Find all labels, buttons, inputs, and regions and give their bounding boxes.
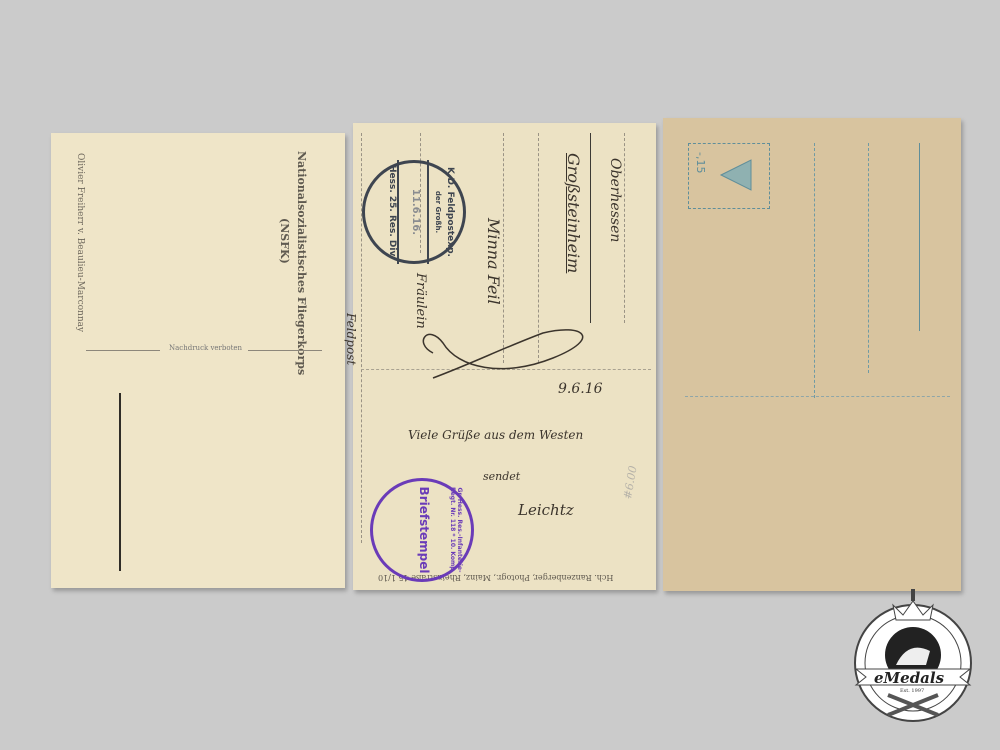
dotted-rule xyxy=(624,133,625,323)
dotted-rule xyxy=(361,133,362,543)
message-line2: sendet xyxy=(483,470,520,483)
feldpost-postmark: K.D. Feldpostexp. der Großh. 11.6.16. He… xyxy=(362,160,466,264)
stamp-box: -,15 xyxy=(688,143,770,209)
dotted-rule xyxy=(814,143,815,398)
address-line-4: Großsteinheim xyxy=(564,153,583,273)
divider-right xyxy=(248,350,322,351)
divider-text: Nachdruck verboten xyxy=(169,344,242,352)
signature: Leichtz xyxy=(518,501,574,519)
established-text: Est. 1997 xyxy=(900,688,924,694)
message: Viele Grüße aus dem Westen xyxy=(408,428,583,442)
artist-line: Olivier Freiherr v. Beaulieu-Marconnay xyxy=(75,153,85,332)
date-written: 9.6.16 xyxy=(558,381,603,397)
unit-stamp-center: Briefstempel xyxy=(417,481,431,579)
postmark-band: 11.6.16. xyxy=(397,160,429,264)
address-line-2: Fräulein xyxy=(413,273,428,329)
flourish xyxy=(413,323,613,383)
address-line-3: Minna Feil xyxy=(484,218,503,305)
unit-stamp-ring: Gr. Hess. Res.-Infanterie-Regt. Nr. 118 … xyxy=(449,481,463,579)
publisher-abbrev: (NSFK) xyxy=(278,218,291,264)
vertical-rule xyxy=(119,393,121,571)
postmark-sub: der Großh. xyxy=(434,163,442,261)
postcard-left: Nationalsozialistisches Fliegerkorps (NS… xyxy=(51,133,345,588)
address-line-5: Oberhessen xyxy=(607,158,623,242)
publisher-line: Nationalsozialistisches Fliegerkorps xyxy=(295,151,308,375)
postmark-bottom: Hess. 25. Res. Div. xyxy=(387,163,397,261)
dotted-divider xyxy=(685,396,950,397)
brand-name: eMedals xyxy=(874,669,944,687)
triangle-icon xyxy=(719,158,753,192)
postmark-date: 11.6.16. xyxy=(410,160,421,264)
emedals-logo: eMedals Est. 1997 xyxy=(848,585,978,725)
stamp-value: -,15 xyxy=(694,152,707,173)
dotted-rule xyxy=(868,143,869,373)
address-rule xyxy=(919,143,920,331)
unit-stamp: Gr. Hess. Res.-Infanterie-Regt. Nr. 118 … xyxy=(370,478,474,582)
postmark-top: K.D. Feldpostexp. xyxy=(445,163,455,261)
address-line-1: Feldpost xyxy=(344,313,358,365)
divider-left xyxy=(86,350,160,351)
address-rule xyxy=(590,133,591,323)
pencil-note: #6.00 xyxy=(621,465,640,500)
medal-badge-icon xyxy=(848,585,978,725)
